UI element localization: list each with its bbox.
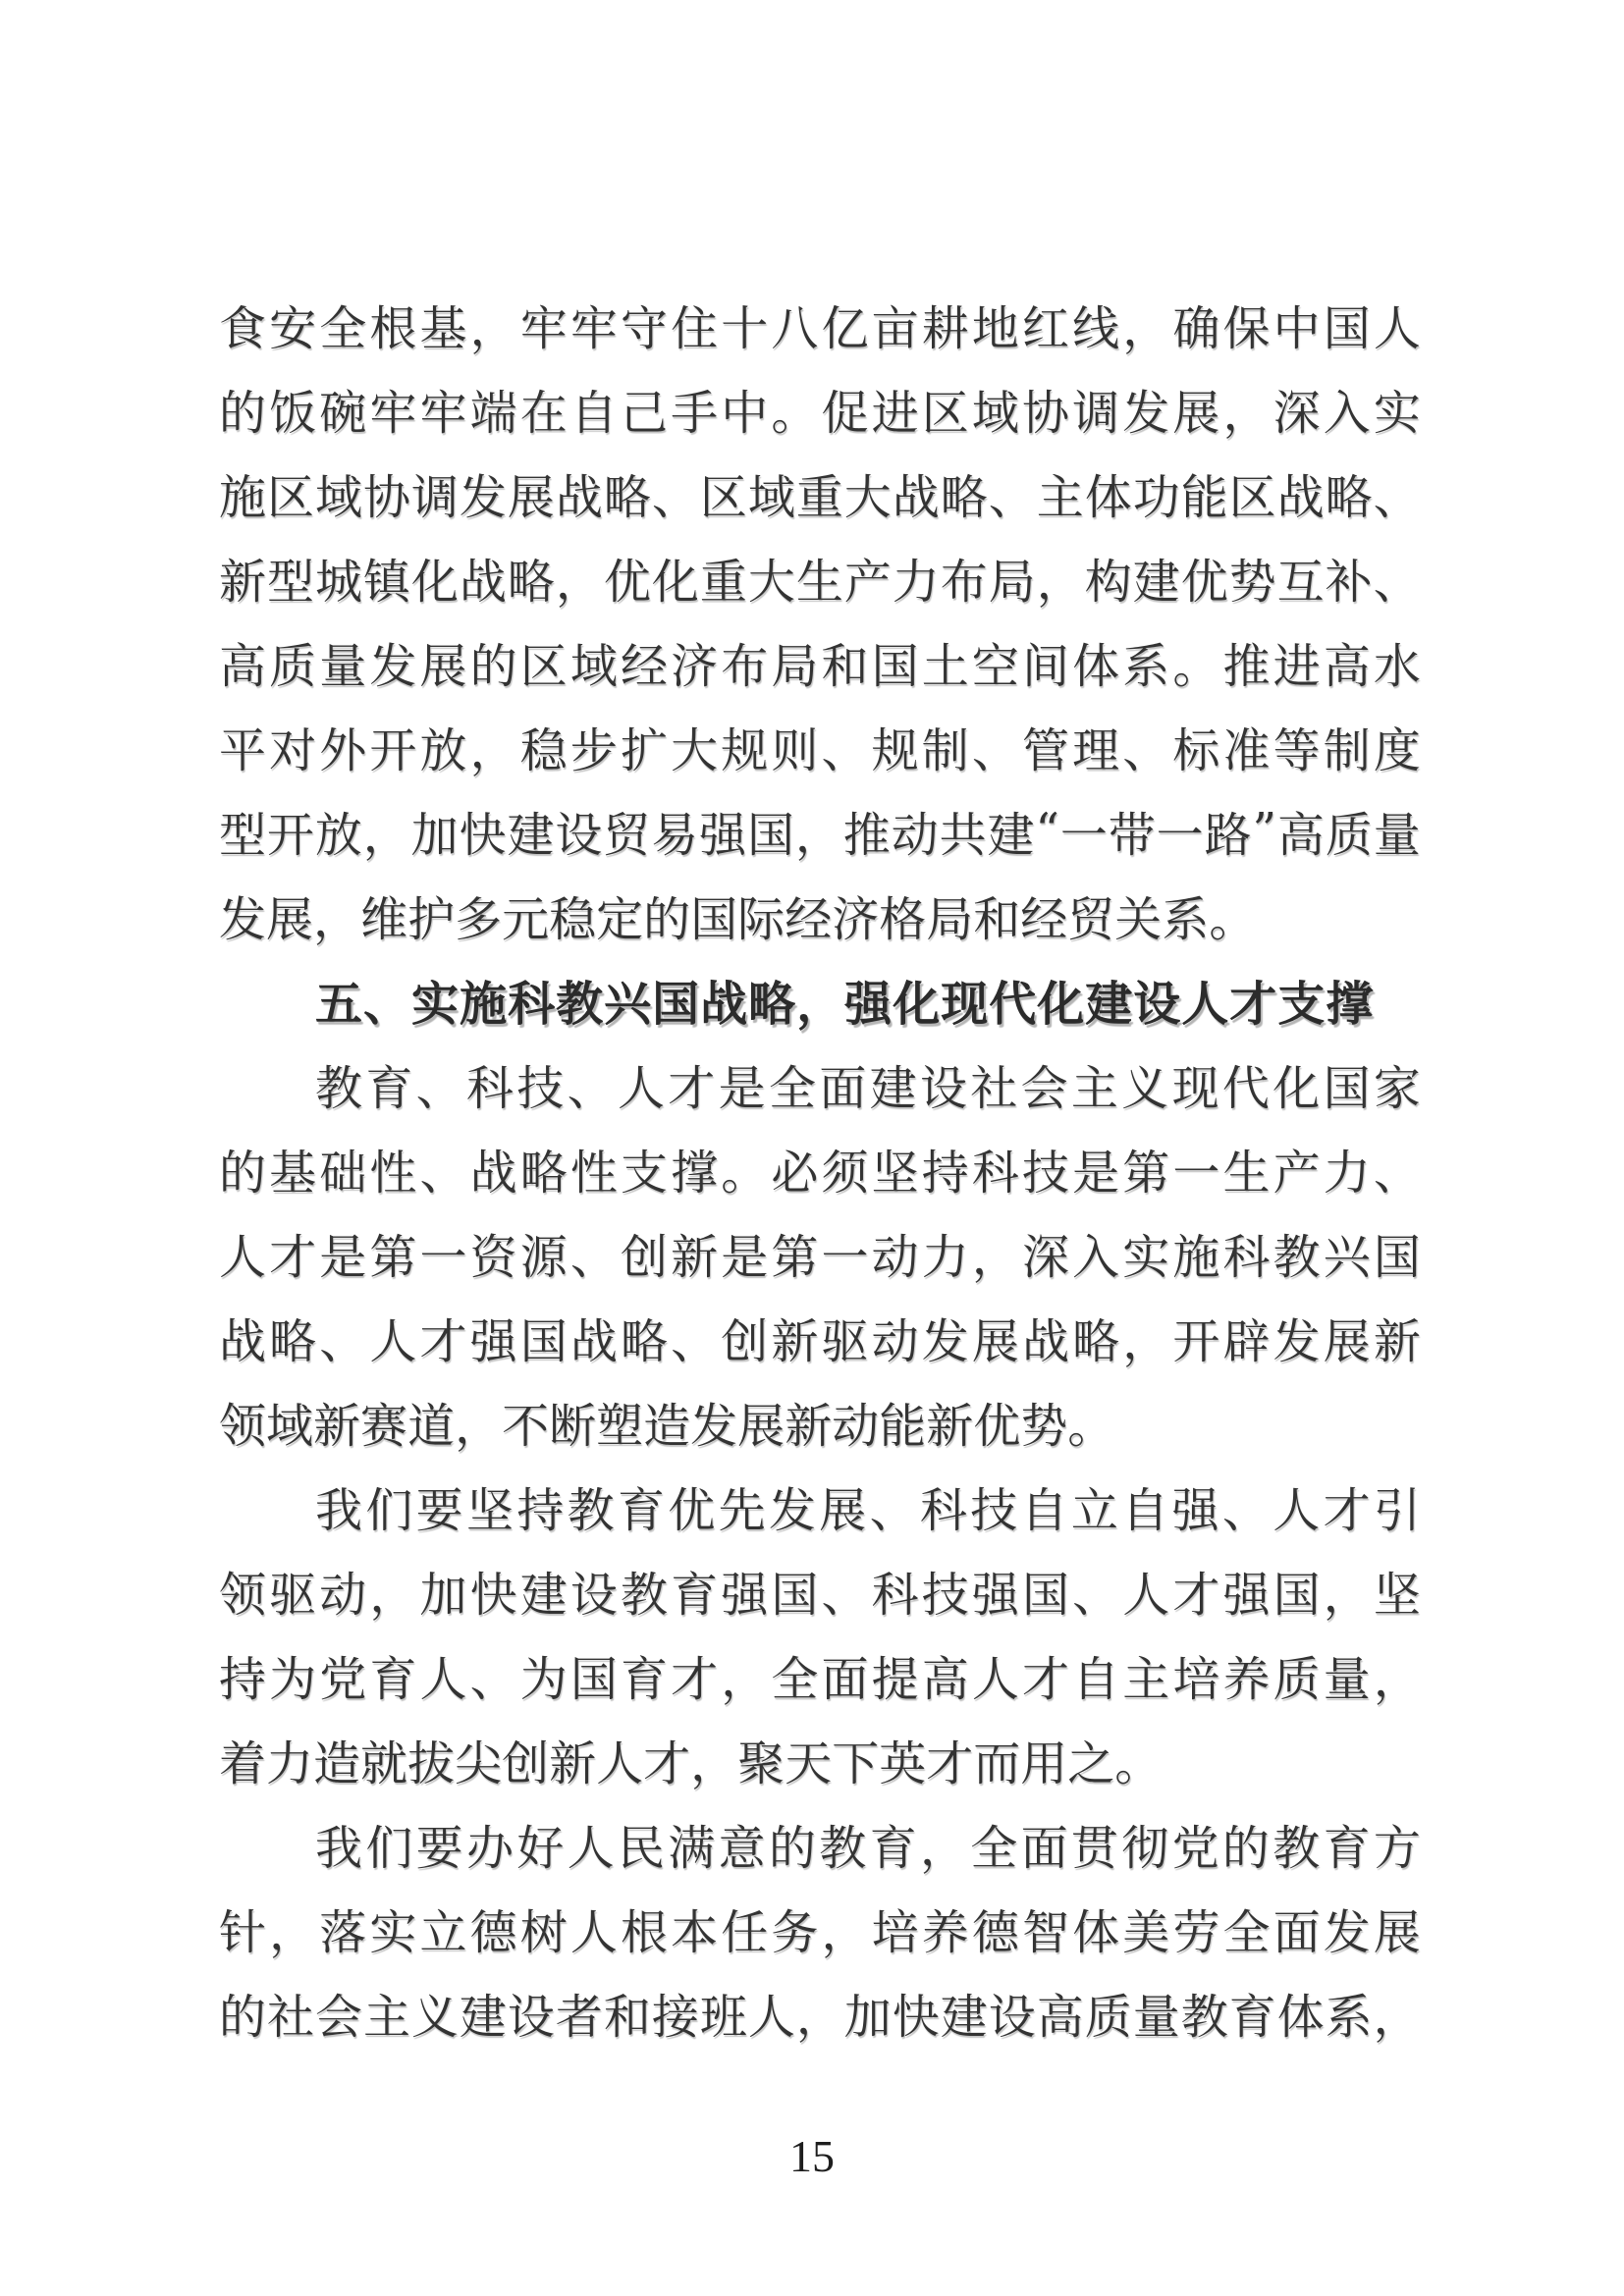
body-text-line: 新型城镇化战略，优化重大生产力布局，构建优势互补、: [219, 535, 1421, 619]
body-text-line: 平对外开放，稳步扩大规则、规制、管理、标准等制度: [219, 704, 1421, 788]
body-text-line: 的饭碗牢牢端在自己手中。促进区域协调发展，深入实: [219, 366, 1421, 451]
body-text-line: 着力造就拔尖创新人才，聚天下英才而用之。: [219, 1717, 1421, 1801]
body-text-line: 型开放，加快建设贸易强国，推动共建“一带一路”高质量: [219, 788, 1421, 873]
body-text-line: 施区域协调发展战略、区域重大战略、主体功能区战略、: [219, 451, 1421, 535]
body-text-line: 人才是第一资源、创新是第一动力，深入实施科教兴国: [219, 1210, 1421, 1295]
body-text-line: 我们要办好人民满意的教育，全面贯彻党的教育方: [219, 1801, 1421, 1886]
body-text-line: 高质量发展的区域经济布局和国土空间体系。推进高水: [219, 619, 1421, 704]
body-text-line: 食安全根基，牢牢守住十八亿亩耕地红线，确保中国人: [219, 282, 1421, 366]
page-number: 15: [0, 2132, 1624, 2181]
text-block: 食安全根基，牢牢守住十八亿亩耕地红线，确保中国人的饭碗牢牢端在自己手中。促进区域…: [219, 282, 1421, 2055]
body-text-line: 发展，维护多元稳定的国际经济格局和经贸关系。: [219, 873, 1421, 957]
body-text-line: 教育、科技、人才是全面建设社会主义现代化国家: [219, 1041, 1421, 1126]
body-text-line: 战略、人才强国战略、创新驱动发展战略，开辟发展新: [219, 1295, 1421, 1379]
body-text-line: 领域新赛道，不断塑造发展新动能新优势。: [219, 1379, 1421, 1464]
body-text-line: 我们要坚持教育优先发展、科技自立自强、人才引: [219, 1464, 1421, 1548]
body-text-line: 的基础性、战略性支撑。必须坚持科技是第一生产力、: [219, 1126, 1421, 1210]
body-text-line: 领驱动，加快建设教育强国、科技强国、人才强国，坚: [219, 1548, 1421, 1632]
body-text-line: 针，落实立德树人根本任务，培养德智体美劳全面发展: [219, 1886, 1421, 1970]
section-heading: 五、实施科教兴国战略，强化现代化建设人才支撑: [219, 957, 1421, 1041]
document-page: 食安全根基，牢牢守住十八亿亩耕地红线，确保中国人的饭碗牢牢端在自己手中。促进区域…: [0, 0, 1624, 2296]
body-text-line: 持为党育人、为国育才，全面提高人才自主培养质量，: [219, 1632, 1421, 1717]
body-text-line: 的社会主义建设者和接班人，加快建设高质量教育体系，: [219, 1970, 1421, 2055]
